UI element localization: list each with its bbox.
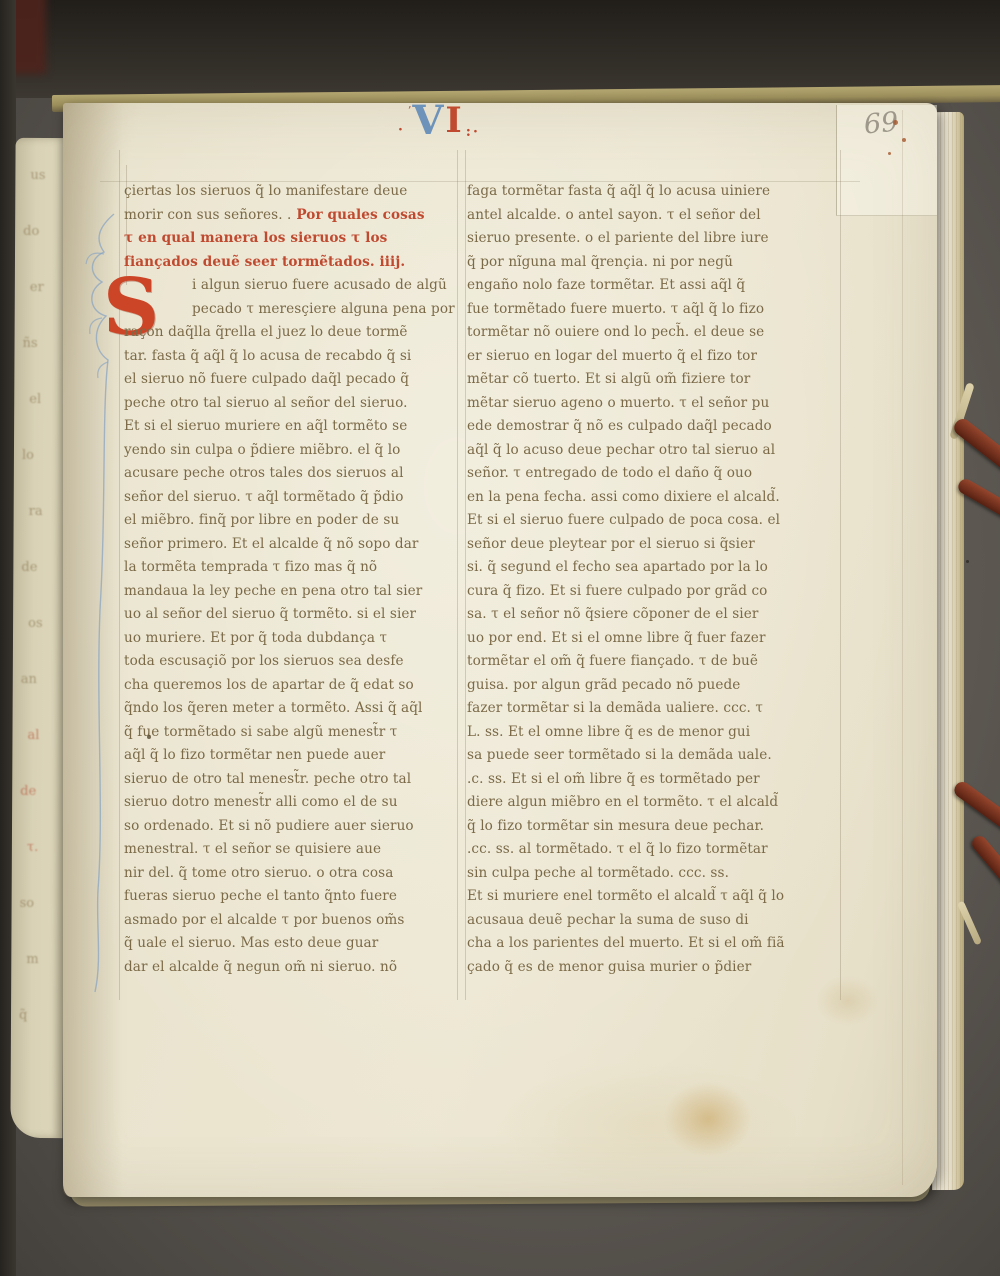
text-line: morir con sus señores. . Por quales cosa… xyxy=(124,207,464,231)
text-line: fueras sieruo peche el tanto q̃nto fuere xyxy=(124,888,464,912)
facing-page-edge: usdoerñselloradeosanaldeτ.somq̃ xyxy=(10,138,67,1138)
rust-speck xyxy=(893,120,898,125)
text-line: menestral. τ el señor se quisiere aue xyxy=(124,841,464,865)
text-line: çiertas los sieruos q̃ lo manifestare de… xyxy=(124,183,464,207)
text-line: sieruo presente. o el pariente del libre… xyxy=(467,230,841,254)
text-line: er xyxy=(30,280,63,336)
text-line: acusaua deuẽ pechar la suma de suso di xyxy=(467,912,841,936)
rubric-tick: ’ xyxy=(408,104,412,117)
text-line: uo muriere. Et por q̃ toda dubdança τ xyxy=(124,630,464,654)
text-line: an xyxy=(21,672,61,728)
parchment-stain xyxy=(664,1082,752,1156)
text-line: sin culpa peche al tormẽtado. ccc. ss. xyxy=(467,865,841,889)
text-line: nir del. q̃ tome otro sieruo. o otra cos… xyxy=(124,865,464,889)
rubric-dot: · xyxy=(398,122,403,138)
text-line: yendo sin culpa o p̃diere miẽbro. el q̃ … xyxy=(124,442,464,466)
photo-background: usdoerñselloradeosanaldeτ.somq̃ · ’ V I … xyxy=(0,0,1000,1276)
text-line: ede demostrar q̃ nõ es culpado daq̃l pec… xyxy=(467,418,841,442)
text-line: os xyxy=(28,616,61,672)
text-line: lo xyxy=(22,448,62,504)
text-line: el sieruo nõ fuere culpado daq̃l pecado … xyxy=(124,371,464,395)
text-line: señor del sieruo. τ aq̃l tormẽtado q̃ p̃… xyxy=(124,489,464,513)
text-line: q̃ lo fizo tormẽtar sin mesura deue pech… xyxy=(467,818,841,842)
text-line: uo por end. Et si el omne libre q̃ fuer … xyxy=(467,630,841,654)
text-line: el xyxy=(29,392,62,448)
text-line: tormẽtar el om̃ q̃ fuere fiançado. τ de … xyxy=(467,653,841,677)
text-line: er sieruo en logar del muerto q̃ el fizo… xyxy=(467,348,841,372)
text-line: si. q̃ segund el fecho sea apartado por … xyxy=(467,559,841,583)
text-line: τ en qual manera los sieruos τ los xyxy=(124,230,464,254)
text-line: us xyxy=(30,168,63,224)
text-line: Et si el sieruo fuere culpado de poca co… xyxy=(467,512,841,536)
text-line: q̃ndo los q̃eren meter a tormẽto. Assi q… xyxy=(124,700,464,724)
text-column-left: çiertas los sieruos q̃ lo manifestare de… xyxy=(124,183,464,982)
text-line: fazer tormẽtar si la demãda ualiere. ccc… xyxy=(467,700,841,724)
text-line: q̃ xyxy=(19,1008,59,1064)
text-line: mẽtar sieruo ageno o muerto. τ el señor … xyxy=(467,395,841,419)
text-line: pecado τ meresçiere alguna pena por xyxy=(124,301,464,325)
text-line: sa puede seer tormẽtado si la demãda ual… xyxy=(467,747,841,771)
rubric-dot: :· xyxy=(466,124,480,140)
text-line: el miẽbro. finq̃ por libre en poder de s… xyxy=(124,512,464,536)
text-line: Et si muriere enel tormẽto el alcald̃ τ … xyxy=(467,888,841,912)
page-crease-line xyxy=(902,110,903,1185)
text-line: en la pena fecha. assi como dixiere el a… xyxy=(467,489,841,513)
numeral-i: I xyxy=(445,102,461,140)
text-line: señor. τ entregado de todo el daño q̃ ou… xyxy=(467,465,841,489)
text-line: q̃ uale el sieruo. Mas esto deue guar xyxy=(124,935,464,959)
text-line: Et si el sieruo muriere en aq̃l tormẽto … xyxy=(124,418,464,442)
text-line: engaño nolo faze tormẽtar. Et assi aq̃l … xyxy=(467,277,841,301)
text-line: guisa. por algun grãd pecado nõ puede xyxy=(467,677,841,701)
text-line: τ. xyxy=(27,840,60,896)
text-line: dar el alcalde q̃ negun om̃ ni sieruo. n… xyxy=(124,959,464,983)
ruling-line xyxy=(100,181,860,182)
text-line: .c. ss. Et si el om̃ libre q̃ es tormẽta… xyxy=(467,771,841,795)
rust-speck xyxy=(888,152,891,155)
text-line: señor deue pleytear por el sieruo si q̃s… xyxy=(467,536,841,560)
text-line: so xyxy=(19,896,59,952)
text-line: mandaua la ley peche en pena otro tal si… xyxy=(124,583,464,607)
text-line: ñs xyxy=(22,336,62,392)
text-line: m xyxy=(26,952,59,1008)
chapter-numeral: · ’ V I :· xyxy=(398,102,480,140)
text-line: so ordenado. Et si nõ pudiere auer sieru… xyxy=(124,818,464,842)
text-line: fue tormẽtado fuere muerto. τ aq̃l q̃ lo… xyxy=(467,301,841,325)
facing-page-text-fragments: usdoerñselloradeosanaldeτ.somq̃ xyxy=(19,168,64,1064)
text-line: peche otro tal sieruo al señor del sieru… xyxy=(124,395,464,419)
leather-strap xyxy=(969,833,1000,898)
text-line: antel alcalde. o antel sayon. τ el señor… xyxy=(467,207,841,231)
text-line: q̃ fue tormẽtado si sabe algũ menest̃r τ xyxy=(124,724,464,748)
text-line: asmado por el alcalde τ por buenos om̃s xyxy=(124,912,464,936)
text-line: mẽtar cõ tuerto. Et si algũ om̃ fiziere … xyxy=(467,371,841,395)
text-line: cha queremos los de apartar de q̃ edat s… xyxy=(124,677,464,701)
text-line: al xyxy=(27,728,60,784)
text-line: aq̃l q̃ lo fizo tormẽtar nen puede auer xyxy=(124,747,464,771)
numeral-v: V xyxy=(412,102,443,140)
text-line: raçon daq̃lla q̃rella el juez lo deue to… xyxy=(124,324,464,348)
text-line: diere algun miẽbro en el tormẽto. τ el a… xyxy=(467,794,841,818)
text-line: fiançados deuẽ seer tormẽtados. iiij. xyxy=(124,254,464,278)
rust-speck xyxy=(902,138,906,142)
ink-speck xyxy=(147,735,151,739)
text-line: q̃ por nĩguna mal q̃rençia. ni por negũ xyxy=(467,254,841,278)
text-line: toda escusaçiõ por los sieruos sea desfe xyxy=(124,653,464,677)
text-line: i algun sieruo fuere acusado de algũ xyxy=(124,277,464,301)
text-line: sieruo de otro tal menest̃r. peche otro … xyxy=(124,771,464,795)
text-line: .cc. ss. al tormẽtado. τ el q̃ lo fizo t… xyxy=(467,841,841,865)
text-line: ra xyxy=(28,504,61,560)
text-line: tormẽtar nõ ouiere ond lo pech̃. el deue… xyxy=(467,324,841,348)
text-column-right: faga tormẽtar fasta q̃ aq̃l q̃ lo acusa … xyxy=(467,183,841,982)
text-line: çado q̃ es de menor guisa murier o p̃die… xyxy=(467,959,841,983)
text-line: de xyxy=(21,560,61,616)
text-line: aq̃l q̃ lo acuso deue pechar otro tal si… xyxy=(467,442,841,466)
ink-speck xyxy=(966,560,969,563)
text-line: tar. fasta q̃ aq̃l q̃ lo acusa de recabd… xyxy=(124,348,464,372)
text-line: L. ss. Et el omne libre q̃ es de menor g… xyxy=(467,724,841,748)
text-line: sa. τ el señor nõ q̃siere cõponer de el … xyxy=(467,606,841,630)
text-line: cha a los parientes del muerto. Et si el… xyxy=(467,935,841,959)
text-line: faga tormẽtar fasta q̃ aq̃l q̃ lo acusa … xyxy=(467,183,841,207)
text-line: sieruo dotro menest̃r alli como el de su xyxy=(124,794,464,818)
text-line: uo al señor del sieruo q̃ tormẽto. si el… xyxy=(124,606,464,630)
text-line: de xyxy=(20,784,60,840)
text-line: do xyxy=(23,224,63,280)
water-stain xyxy=(500,1060,800,1190)
text-line: acusare peche otros tales dos sieruos al xyxy=(124,465,464,489)
ruling-line xyxy=(465,150,466,1000)
text-line: la tormẽta temprada τ fizo mas q̃ nõ xyxy=(124,559,464,583)
parchment-stain xyxy=(816,975,880,1027)
book-top-shadow xyxy=(0,0,1000,98)
text-line: señor primero. Et el alcalde q̃ nõ sopo … xyxy=(124,536,464,560)
text-line: cura q̃ fizo. Et si fuere culpado por gr… xyxy=(467,583,841,607)
